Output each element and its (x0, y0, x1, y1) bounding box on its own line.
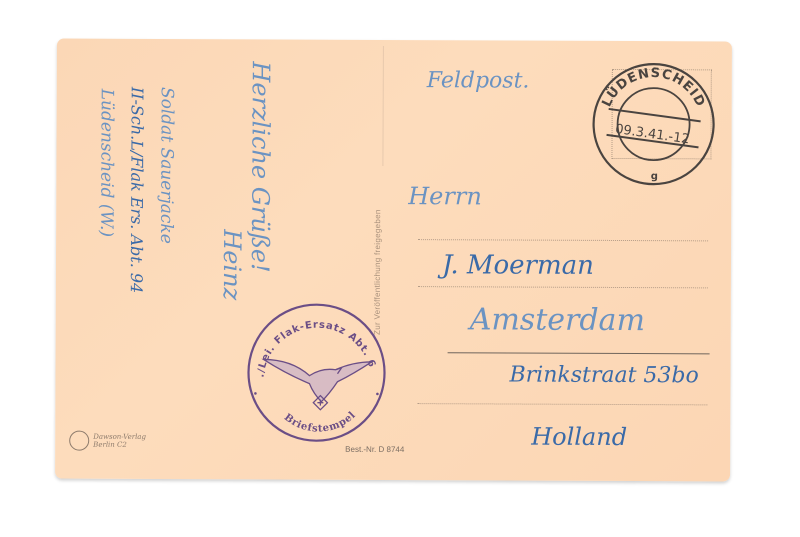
publisher-logo-icon (69, 431, 89, 451)
publisher-mark: Dawson-Verlag Berlin C2 (69, 431, 146, 451)
greeting: Herzliche Grüße! (246, 61, 275, 272)
sender-line-1: Soldat Sauerjacke (156, 87, 177, 244)
feldpost-note: Feldpost. (427, 68, 530, 93)
postmark-date: 09.3.41.-12 (614, 122, 690, 148)
postcard: Zur Veröffentlichung freigegeben LÜDENSC… (55, 39, 732, 482)
publisher-name: Dawson-Verlag (93, 433, 146, 441)
eagle-icon (263, 359, 371, 410)
order-number: Best.-Nr. D 8744 (345, 445, 404, 454)
address-salutation: Herrn (408, 182, 482, 210)
address-country: Holland (531, 423, 627, 451)
stamp-bottom-text: Briefstempel (282, 409, 358, 434)
sender-line-3: Lüdenscheid (W.) (96, 89, 117, 237)
postmark-letter: g (651, 171, 658, 182)
address-street: Brinkstraat 53bo (509, 363, 698, 389)
address-dotted-line (418, 239, 708, 241)
svg-text:Briefstempel: Briefstempel (282, 409, 358, 434)
sender-line-2: II-Sch.L/Flak Ers. Abt. 94 (127, 87, 147, 293)
field-post-stamp: 2./Lei. Flak-Ersatz Abt. 64 Briefstempel (241, 297, 392, 448)
address-name: J. Moerman (442, 250, 594, 281)
signature: Heinz (218, 229, 246, 300)
address-solid-line (448, 352, 710, 354)
address-dotted-line (417, 403, 707, 405)
publisher-city: Berlin C2 (93, 441, 146, 449)
postmark: LÜDENSCHEID 09.3.41.-12 g (586, 57, 721, 192)
address-city: Amsterdam (470, 302, 645, 338)
address-dotted-line (418, 286, 708, 288)
divider-line (382, 46, 384, 166)
